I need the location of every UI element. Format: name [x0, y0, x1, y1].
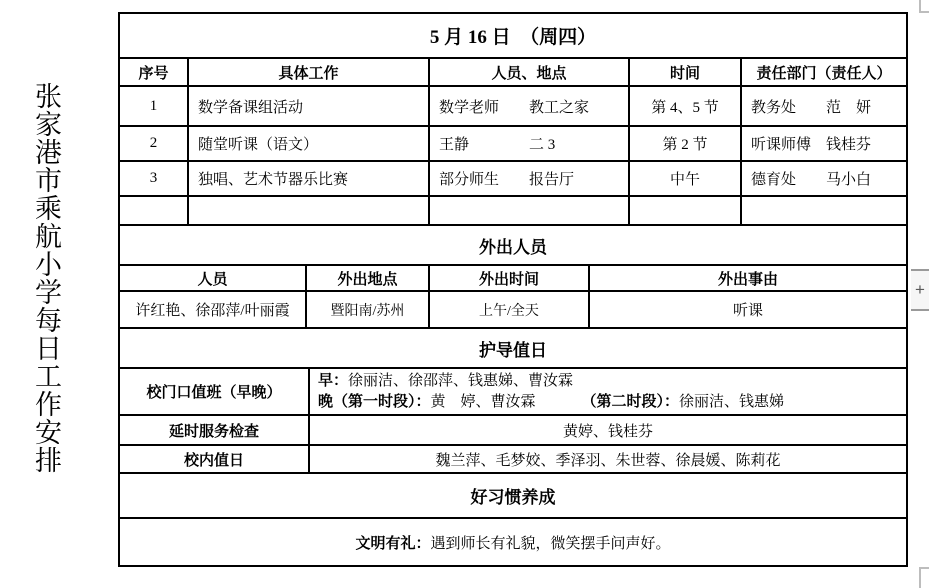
habit-content-row: 文明有礼：遇到师长有礼貌，微笑摆手问声好。	[120, 517, 906, 565]
header-people-place: 人员、地点	[428, 59, 628, 85]
header-dept: 责任部门（责任人）	[740, 59, 906, 85]
gate-duty-morning: 早：徐丽洁、徐邵萍、钱惠娣、曹汝霖	[318, 371, 573, 392]
gate-evening-slot2-names: 徐丽洁、钱惠娣	[679, 394, 784, 410]
delay-check-names: 黄婷、钱桂芬	[308, 416, 906, 444]
duty-section-title: 护导值日	[120, 327, 906, 367]
cell-work: 数学备课组活动	[187, 87, 428, 125]
cell-work: 随堂听课（语文）	[187, 127, 428, 160]
cell-time	[628, 197, 740, 224]
gate-morning-names: 徐丽洁、徐邵萍、钱惠娣、曹汝霖	[348, 373, 573, 389]
cell-no: 3	[120, 162, 187, 195]
gate-evening-slot1-prefix: 晚（第一时段）：	[318, 394, 431, 410]
table-row: 1 数学备课组活动 数学老师 教工之家 第 4、5 节 教务处 范 妍	[120, 85, 906, 125]
cell-dept	[740, 197, 906, 224]
date-title: 5 月 16 日 （周四）	[120, 14, 906, 57]
zoom-plus-button[interactable]: +	[911, 269, 929, 311]
header-no: 序号	[120, 59, 187, 85]
cell-dept: 教务处 范 妍	[740, 87, 906, 125]
cell-outing-place: 暨阳南/苏州	[305, 292, 428, 327]
table-row: 3 独唱、艺术节器乐比赛 部分师生 报告厅 中午 德育处 马小白	[120, 160, 906, 195]
outing-header-row: 人员 外出地点 外出时间 外出事由	[120, 264, 906, 290]
gate-duty-content: 早：徐丽洁、徐邵萍、钱惠娣、曹汝霖 晚（第一时段）：黄 婷、曹汝霖（第二时段）：…	[308, 369, 906, 414]
gate-duty-evening: 晚（第一时段）：黄 婷、曹汝霖（第二时段）：徐丽洁、钱惠娣	[318, 392, 784, 413]
daily-work-table: 5 月 16 日 （周四） 序号 具体工作 人员、地点 时间 责任部门（责任人）…	[118, 12, 908, 567]
delay-check-row: 延时服务检查 黄婷、钱桂芬	[120, 414, 906, 444]
cell-outing-people: 许红艳、徐邵萍/叶丽霞	[120, 292, 305, 327]
cell-dept: 听课师傅 钱桂芬	[740, 127, 906, 160]
table-row: 2 随堂听课（语文） 王静 二 3 第 2 节 听课师傅 钱桂芬	[120, 125, 906, 160]
campus-duty-label: 校内值日	[120, 446, 308, 472]
habit-section-title: 好习惯养成	[120, 472, 906, 517]
cell-people-place: 数学老师 教工之家	[428, 87, 628, 125]
cell-people-place: 王静 二 3	[428, 127, 628, 160]
habit-label: 文明有礼：	[355, 532, 430, 553]
header-outing-people: 人员	[120, 266, 305, 290]
delay-check-label: 延时服务检查	[120, 416, 308, 444]
cell-outing-time: 上午/全天	[428, 292, 588, 327]
gate-morning-prefix: 早：	[318, 373, 348, 389]
cell-work: 独唱、艺术节器乐比赛	[187, 162, 428, 195]
header-outing-place: 外出地点	[305, 266, 428, 290]
main-header-row: 序号 具体工作 人员、地点 时间 责任部门（责任人）	[120, 57, 906, 85]
cell-people-place: 部分师生 报告厅	[428, 162, 628, 195]
gate-duty-label: 校门口值班（早晚）	[120, 369, 308, 414]
cell-time: 第 4、5 节	[628, 87, 740, 125]
cell-no	[120, 197, 187, 224]
gate-duty-row: 校门口值班（早晚） 早：徐丽洁、徐邵萍、钱惠娣、曹汝霖 晚（第一时段）：黄 婷、…	[120, 367, 906, 414]
cell-no: 2	[120, 127, 187, 160]
cell-time: 第 2 节	[628, 127, 740, 160]
cell-no: 1	[120, 87, 187, 125]
cell-people-place	[428, 197, 628, 224]
plus-icon: +	[915, 280, 925, 300]
cell-time: 中午	[628, 162, 740, 195]
header-outing-reason: 外出事由	[588, 266, 906, 290]
campus-duty-row: 校内值日 魏兰萍、毛梦姣、季泽羽、朱世蓉、徐晨媛、陈莉花	[120, 444, 906, 472]
campus-duty-names: 魏兰萍、毛梦姣、季泽羽、朱世蓉、徐晨媛、陈莉花	[308, 446, 906, 472]
gate-evening-slot1-names: 黄 婷、曹汝霖	[431, 394, 536, 410]
header-work: 具体工作	[187, 59, 428, 85]
cell-dept: 德育处 马小白	[740, 162, 906, 195]
outing-section-title: 外出人员	[120, 224, 906, 264]
outing-row: 许红艳、徐邵萍/叶丽霞 暨阳南/苏州 上午/全天 听课	[120, 290, 906, 327]
cell-work	[187, 197, 428, 224]
corner-mark-bottom-icon	[919, 567, 929, 588]
school-vertical-title: 张家港市乘航小学每日工作安排	[30, 82, 61, 474]
header-time: 时间	[628, 59, 740, 85]
habit-text: 遇到师长有礼貌，微笑摆手问声好。	[431, 532, 671, 553]
corner-mark-top-icon	[919, 0, 929, 13]
table-row-empty	[120, 195, 906, 224]
header-outing-time: 外出时间	[428, 266, 588, 290]
gate-evening-slot2-prefix: （第二时段）：	[582, 394, 680, 410]
cell-outing-reason: 听课	[588, 292, 906, 327]
